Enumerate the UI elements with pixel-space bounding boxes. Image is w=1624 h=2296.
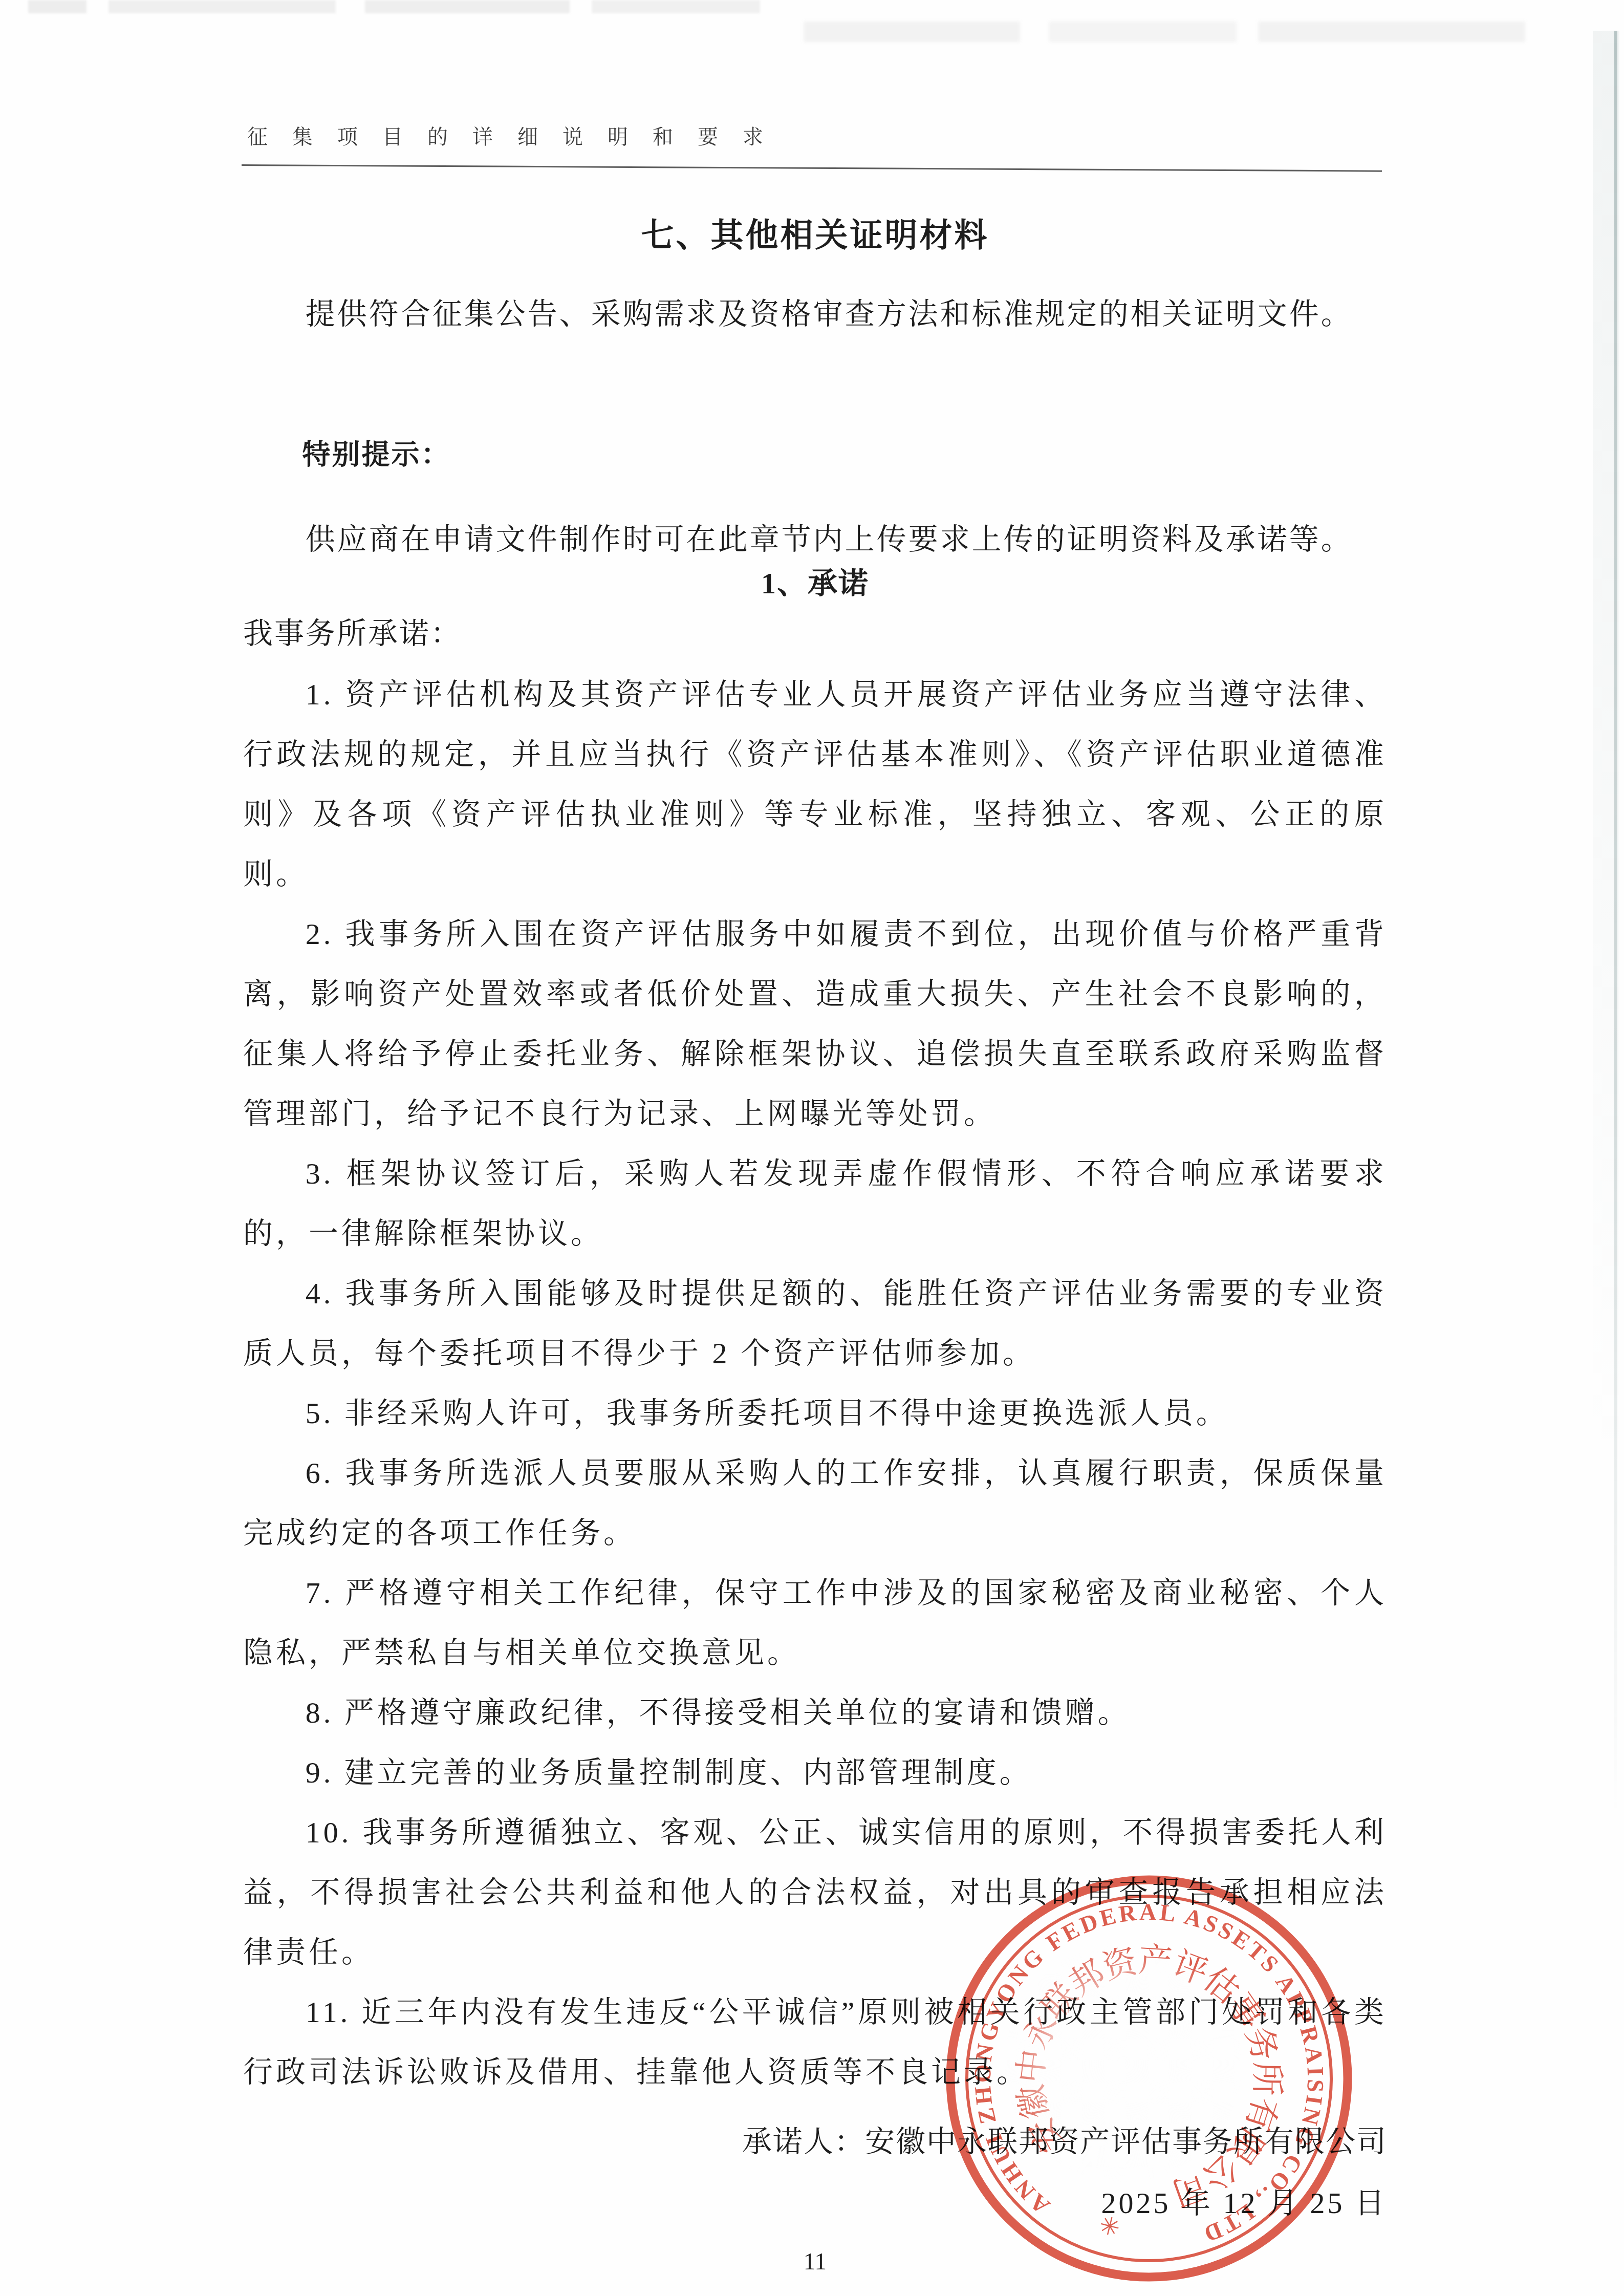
- section-lead: 我事务所承诺：: [243, 614, 1387, 653]
- signature-line: 承诺人：安徽中永联邦资产评估事务所有限公司: [243, 2115, 1387, 2169]
- commitment-item-1: 1. 资产评估机构及其资产评估专业人员开展资产评估业务应当遵守法律、行政法规的规…: [243, 664, 1387, 904]
- commitment-item-3: 3. 框架协议签订后，采购人若发现弄虚作假情形、不符合响应承诺要求的，一律解除框…: [243, 1144, 1387, 1263]
- signer-name: 安徽中永联邦资产评估事务所有限公司: [865, 2125, 1387, 2158]
- commitment-list: 1. 资产评估机构及其资产评估专业人员开展资产评估业务应当遵守法律、行政法规的规…: [243, 664, 1387, 2102]
- commitment-item-10: 10. 我事务所遵循独立、客观、公正、诚实信用的原则，不得损害委托人利益，不得损…: [243, 1803, 1387, 1982]
- document-body: 七、其他相关证明材料 提供符合征集公告、采购需求及资格审查方法和标准规定的相关证…: [243, 0, 1387, 2277]
- page-number: 11: [243, 2246, 1387, 2277]
- commitment-item-5: 5. 非经采购人许可，我事务所委托项目不得中途更换选派人员。: [243, 1383, 1387, 1443]
- notice-body: 供应商在申请文件制作时可在此章节内上传要求上传的证明资料及承诺等。: [243, 520, 1387, 559]
- intro-paragraph: 提供符合征集公告、采购需求及资格审查方法和标准规定的相关证明文件。: [243, 295, 1387, 334]
- commitment-item-6: 6. 我事务所选派人员要服从采购人的工作安排，认真履行职责，保质保量完成约定的各…: [243, 1443, 1387, 1563]
- scan-line-right: [1614, 31, 1617, 1812]
- commitment-item-7: 7. 严格遵守相关工作纪律，保守工作中涉及的国家秘密及商业秘密、个人隐私，严禁私…: [243, 1563, 1387, 1683]
- commitment-item-2: 2. 我事务所入围在资产评估服务中如履责不到位，出现价值与价格严重背离，影响资产…: [243, 904, 1387, 1144]
- page-title: 七、其他相关证明材料: [243, 214, 1387, 257]
- commitment-item-9: 9. 建立完善的业务质量控制制度、内部管理制度。: [243, 1743, 1387, 1803]
- commitment-item-11: 11. 近三年内没有发生违反“公平诚信”原则被相关行政主管部门处罚和各类行政司法…: [243, 1982, 1387, 2102]
- commitment-item-4: 4. 我事务所入围能够及时提供足额的、能胜任资产评估业务需要的专业资质人员，每个…: [243, 1263, 1387, 1383]
- date-line: 2025 年 12 月 25 日: [243, 2177, 1387, 2230]
- signer-label: 承诺人：: [742, 2125, 865, 2158]
- section-heading: 1、承诺: [243, 565, 1387, 602]
- document-page: 征集项目的详细说明和要求 七、其他相关证明材料 提供符合征集公告、采购需求及资格…: [0, 0, 1624, 2296]
- notice-label: 特别提示：: [243, 435, 1387, 474]
- commitment-item-8: 8. 严格遵守廉政纪律，不得接受相关单位的宴请和馈赠。: [243, 1683, 1387, 1743]
